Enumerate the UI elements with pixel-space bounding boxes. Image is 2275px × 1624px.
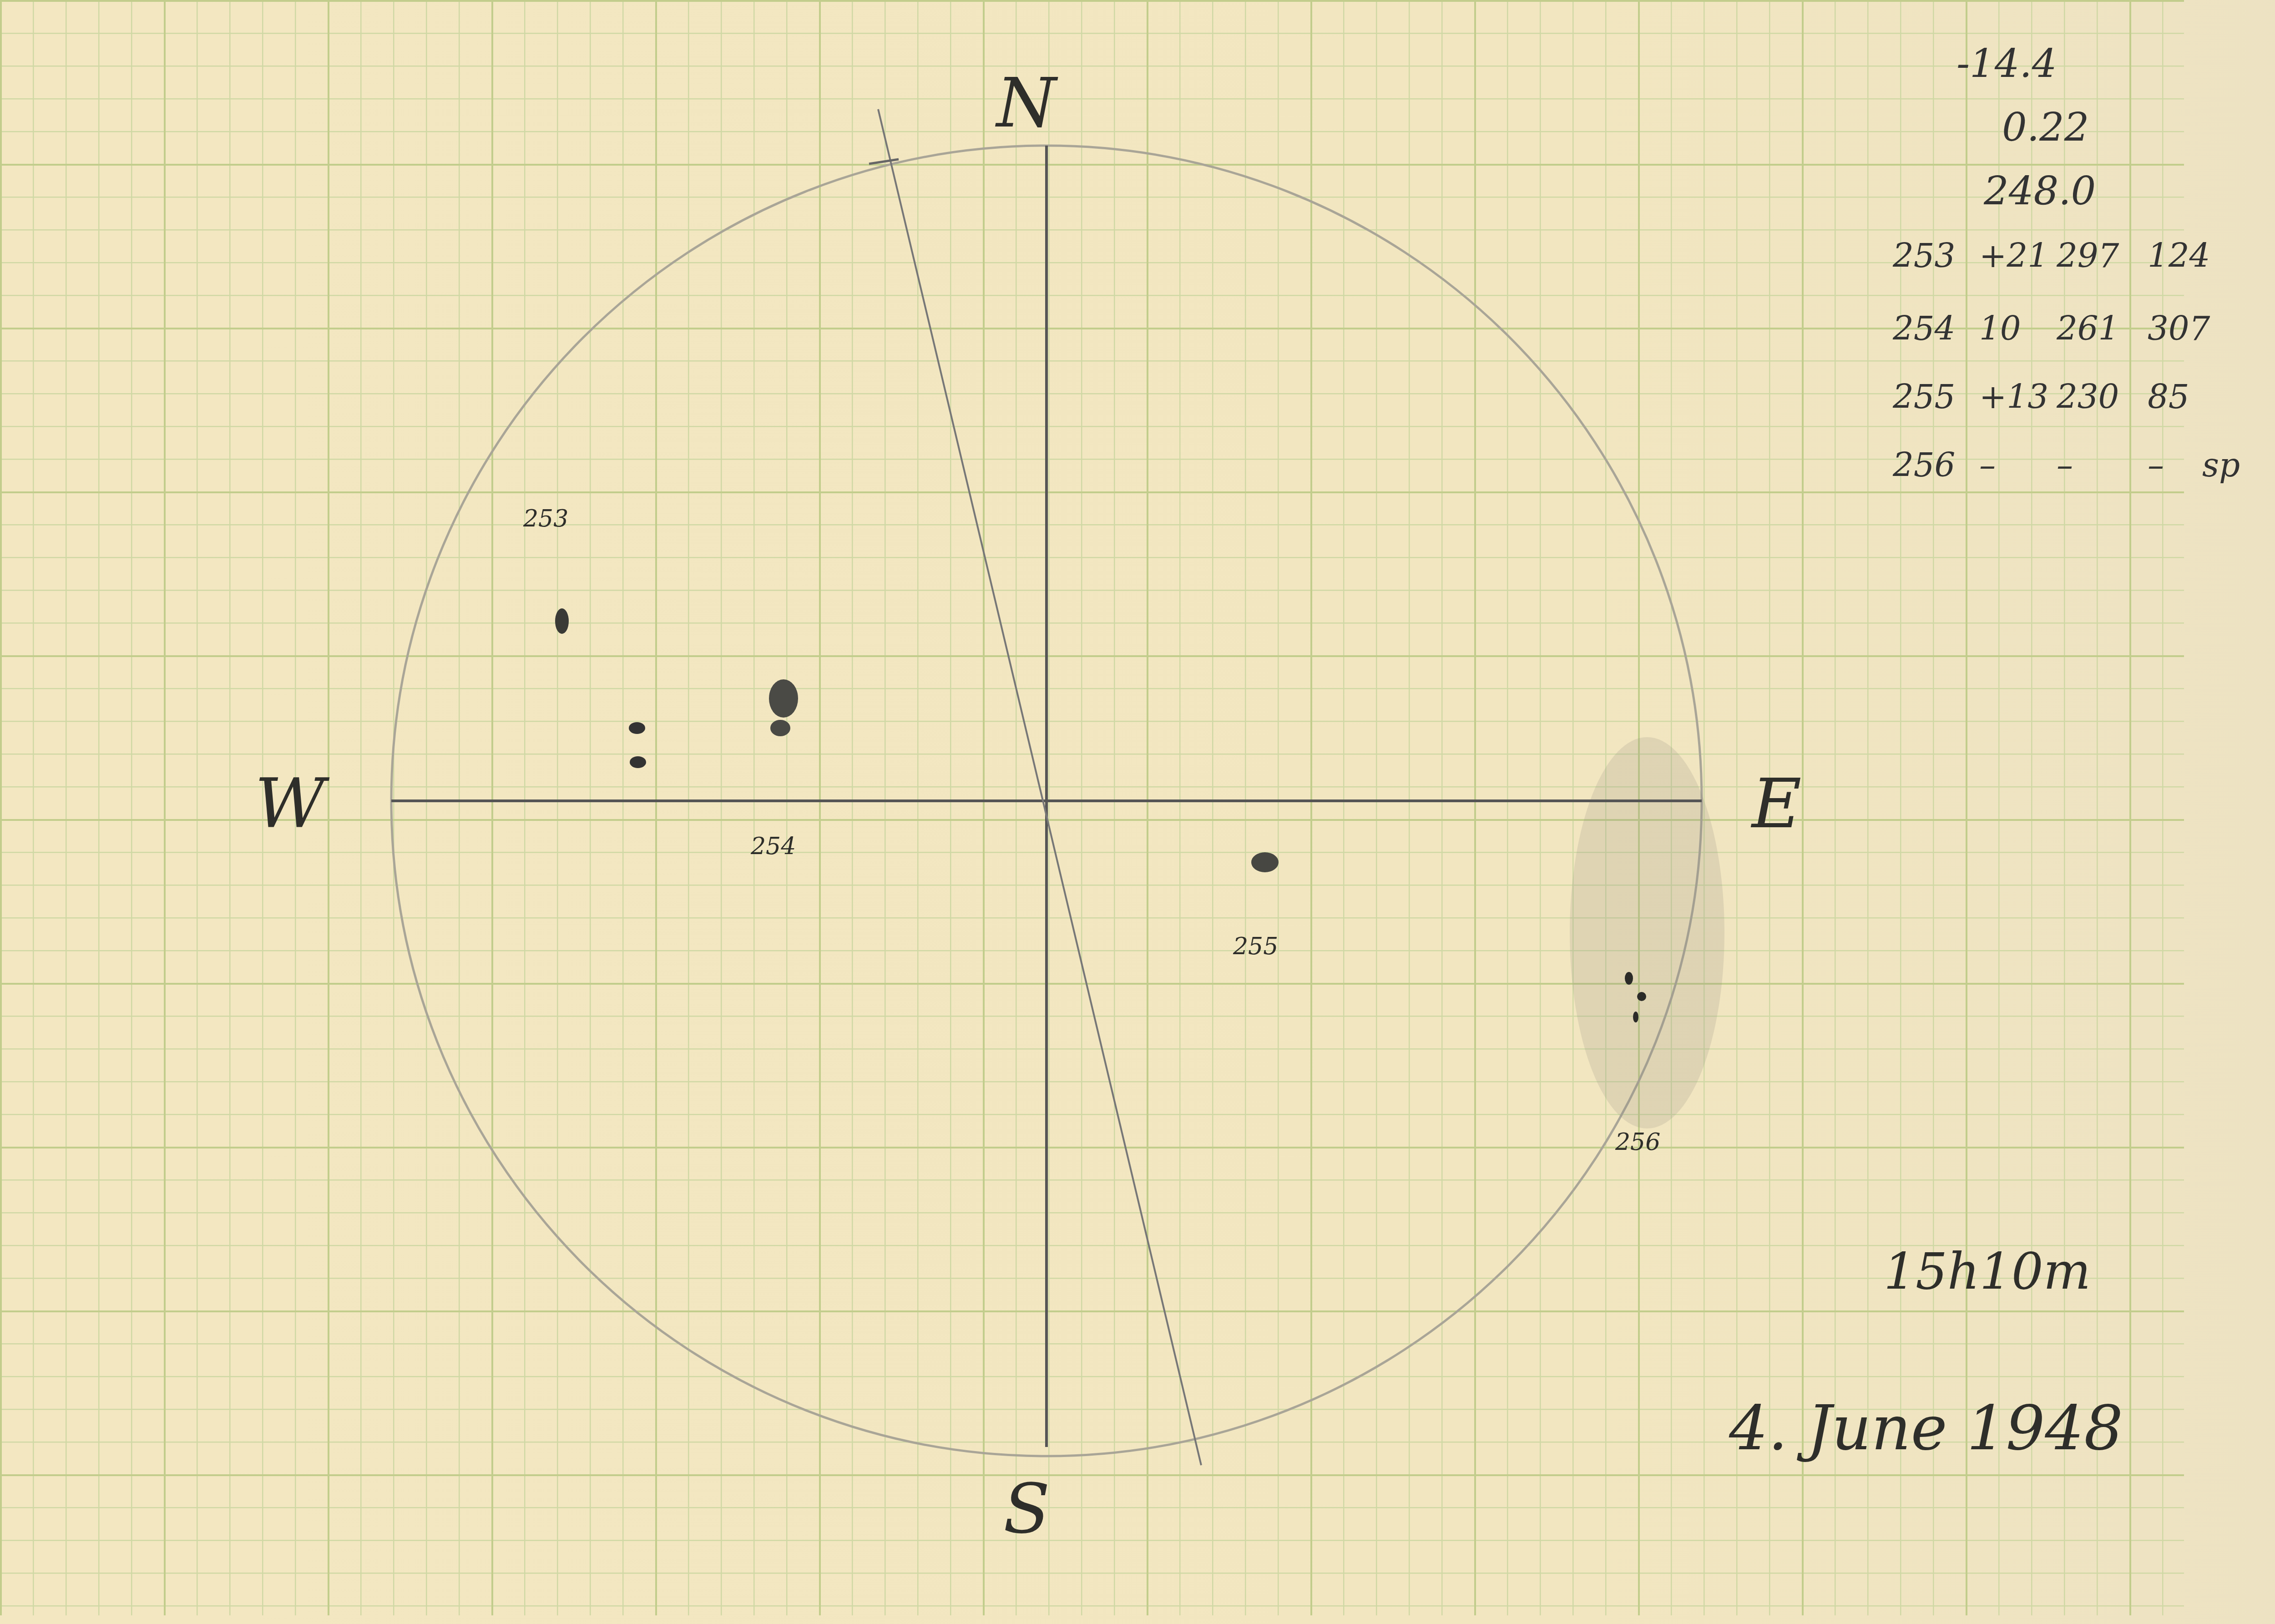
observation-time: 15h10m xyxy=(1884,1242,2091,1300)
header-value-3: 248.0 xyxy=(1984,168,2096,214)
compass-east: E xyxy=(1752,764,1802,844)
observation-date: 4. June 1948 xyxy=(1729,1392,2123,1464)
table-row: 256–––sp xyxy=(1893,446,2240,484)
sunspot-256a xyxy=(1625,972,1633,985)
sunspot-254a xyxy=(629,722,645,734)
paper-sheet: N S E W 253 254 255 256 -14.4 0.22 248.0… xyxy=(0,0,2275,1624)
header-value-1: -14.4 xyxy=(1956,41,2057,86)
compass-south: S xyxy=(1003,1470,1050,1549)
sunspot-label-255: 255 xyxy=(1233,933,1278,960)
compass-north: N xyxy=(996,64,1056,143)
table-row: 253+21297124 xyxy=(1893,237,2239,275)
sunspot-254b xyxy=(630,756,646,768)
table-row: 25410261307 xyxy=(1893,309,2239,348)
sunspot-label-253: 253 xyxy=(523,505,568,532)
sunspot-255 xyxy=(1251,852,1279,872)
header-value-2: 0.22 xyxy=(2002,105,2089,150)
compass-west: W xyxy=(255,764,325,844)
sunspot-253 xyxy=(555,608,569,634)
sunspot-label-256: 256 xyxy=(1615,1128,1660,1156)
table-row: 255+1323085 xyxy=(1893,378,2239,416)
sunspot-label-254: 254 xyxy=(751,833,796,860)
sunspot-254-main xyxy=(769,679,798,718)
graph-paper-grid xyxy=(0,0,2184,1615)
